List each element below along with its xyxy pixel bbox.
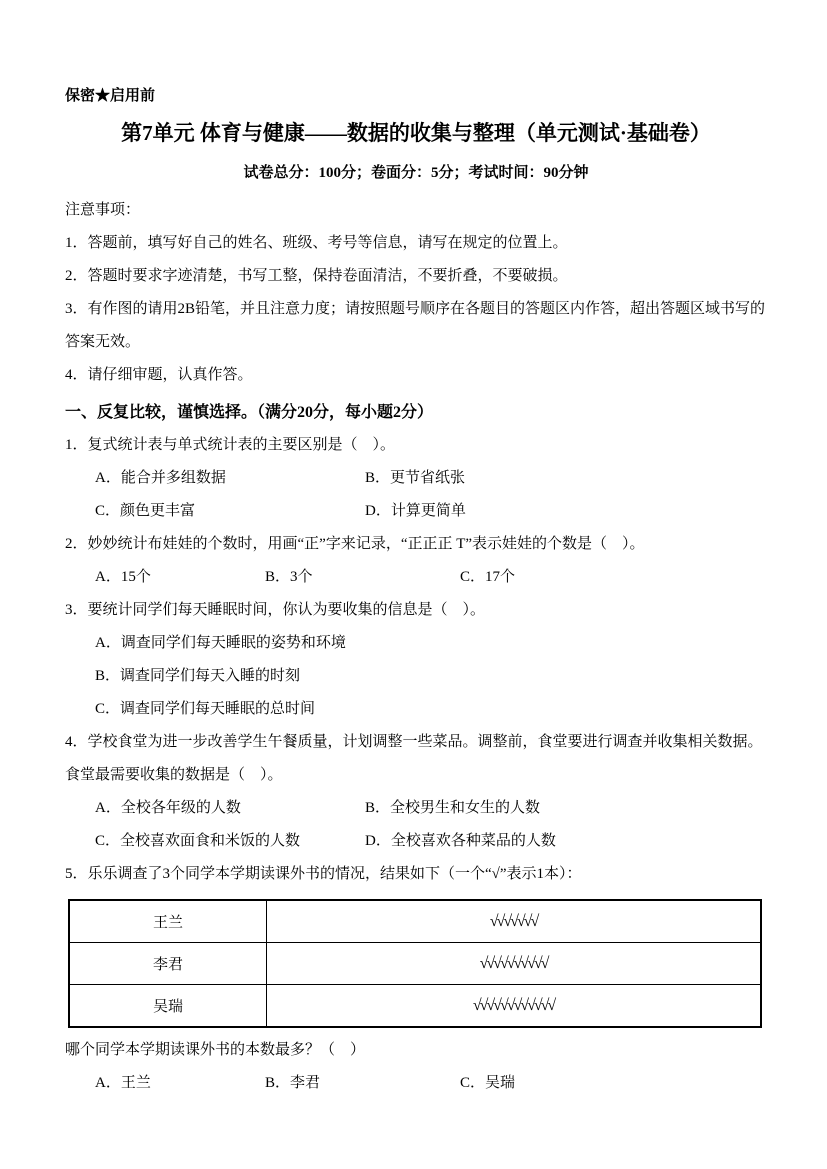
notice-item-4: 4．请仔细审题，认真作答。 bbox=[65, 359, 767, 392]
question-5-option-a: A．王兰 bbox=[95, 1067, 265, 1100]
notice-heading: 注意事项： bbox=[65, 194, 767, 227]
tally-marks-cell: √√√√√√√ bbox=[267, 900, 762, 943]
question-2-text: 2．妙妙统计布娃娃的个数时，用画“正”字来记录，“正正正 T”表示娃娃的个数是（… bbox=[65, 528, 767, 561]
section-1-heading: 一、反复比较，谨慎选择。（满分20分，每小题2分） bbox=[65, 396, 767, 429]
question-1-text: 1．复式统计表与单式统计表的主要区别是（ ）。 bbox=[65, 429, 767, 462]
question-3-option-a: A．调查同学们每天睡眠的姿势和环境 bbox=[95, 627, 767, 660]
question-5-options-row: A．王兰 B．李君 C．吴瑞 bbox=[65, 1067, 767, 1100]
student-name-cell: 王兰 bbox=[69, 900, 267, 943]
student-name-cell: 吴瑞 bbox=[69, 985, 267, 1028]
question-2-option-b: B．3个 bbox=[265, 561, 460, 594]
tally-marks-cell: √√√√√√√√√√√√ bbox=[267, 985, 762, 1028]
score-summary: 试卷总分：100分；卷面分：5分；考试时间：90分钟 bbox=[65, 162, 767, 184]
question-4-options-row-1: A．全校各年级的人数 B．全校男生和女生的人数 bbox=[65, 792, 767, 825]
question-5-option-c: C．吴瑞 bbox=[460, 1067, 515, 1100]
question-3-text: 3．要统计同学们每天睡眠时间，你认为要收集的信息是（ ）。 bbox=[65, 594, 767, 627]
question-1: 1．复式统计表与单式统计表的主要区别是（ ）。 A．能合并多组数据 B．更节省纸… bbox=[65, 429, 767, 528]
question-2-options-row: A．15个 B．3个 C．17个 bbox=[65, 561, 767, 594]
reading-survey-table: 王兰 √√√√√√√ 李君 √√√√√√√√√√ 吴瑞 √√√√√√√√√√√√ bbox=[68, 899, 762, 1028]
question-4-option-b: B．全校男生和女生的人数 bbox=[365, 792, 540, 825]
question-1-option-a: A．能合并多组数据 bbox=[95, 462, 365, 495]
question-2: 2．妙妙统计布娃娃的个数时，用画“正”字来记录，“正正正 T”表示娃娃的个数是（… bbox=[65, 528, 767, 594]
question-3-option-b: B．调查同学们每天入睡的时刻 bbox=[95, 660, 767, 693]
question-4-option-c: C．全校喜欢面食和米饭的人数 bbox=[95, 825, 365, 858]
table-row-wurui: 吴瑞 √√√√√√√√√√√√ bbox=[69, 985, 761, 1028]
question-1-options-row-2: C．颜色更丰富 D．计算更简单 bbox=[65, 495, 767, 528]
notice-section: 注意事项： 1．答题前，填写好自己的姓名、班级、考号等信息，请写在规定的位置上。… bbox=[65, 194, 767, 392]
question-5: 5．乐乐调查了3个同学本学期读课外书的情况，结果如下（一个“√”表示1本）： 王… bbox=[65, 858, 767, 1100]
classification-label: 保密★启用前 bbox=[65, 86, 767, 106]
question-4-option-a: A．全校各年级的人数 bbox=[95, 792, 365, 825]
question-3-options: A．调查同学们每天睡眠的姿势和环境 B．调查同学们每天入睡的时刻 C．调查同学们… bbox=[65, 627, 767, 726]
question-1-option-c: C．颜色更丰富 bbox=[95, 495, 365, 528]
table-row-lijun: 李君 √√√√√√√√√√ bbox=[69, 943, 761, 985]
notice-item-2: 2．答题时要求字迹清楚，书写工整，保持卷面清洁，不要折叠，不要破损。 bbox=[65, 260, 767, 293]
question-3: 3．要统计同学们每天睡眠时间，你认为要收集的信息是（ ）。 A．调查同学们每天睡… bbox=[65, 594, 767, 726]
notice-item-1: 1．答题前，填写好自己的姓名、班级、考号等信息，请写在规定的位置上。 bbox=[65, 227, 767, 260]
question-4-options-row-2: C．全校喜欢面食和米饭的人数 D．全校喜欢各种菜品的人数 bbox=[65, 825, 767, 858]
notice-item-3: 3．有作图的请用2B铅笔，并且注意力度；请按照题号顺序在各题目的答题区内作答，超… bbox=[65, 293, 767, 359]
question-1-option-b: B．更节省纸张 bbox=[365, 462, 465, 495]
tally-marks-cell: √√√√√√√√√√ bbox=[267, 943, 762, 985]
student-name-cell: 李君 bbox=[69, 943, 267, 985]
question-1-options-row-1: A．能合并多组数据 B．更节省纸张 bbox=[65, 462, 767, 495]
question-5-text: 5．乐乐调查了3个同学本学期读课外书的情况，结果如下（一个“√”表示1本）： bbox=[65, 858, 767, 891]
question-4: 4．学校食堂为进一步改善学生午餐质量，计划调整一些菜品。调整前，食堂要进行调查并… bbox=[65, 726, 767, 858]
exam-paper-page: 保密★启用前 第7单元 体育与健康——数据的收集与整理（单元测试·基础卷） 试卷… bbox=[0, 0, 827, 1169]
question-5-option-b: B．李君 bbox=[265, 1067, 460, 1100]
question-5-followup: 哪个同学本学期读课外书的本数最多？（ ） bbox=[65, 1034, 767, 1067]
question-2-option-a: A．15个 bbox=[95, 561, 265, 594]
question-4-option-d: D．全校喜欢各种菜品的人数 bbox=[365, 825, 556, 858]
question-3-option-c: C．调查同学们每天睡眠的总时间 bbox=[95, 693, 767, 726]
question-4-text: 4．学校食堂为进一步改善学生午餐质量，计划调整一些菜品。调整前，食堂要进行调查并… bbox=[65, 726, 767, 792]
question-2-option-c: C．17个 bbox=[460, 561, 515, 594]
page-title: 第7单元 体育与健康——数据的收集与整理（单元测试·基础卷） bbox=[65, 118, 767, 148]
table-row-wanglan: 王兰 √√√√√√√ bbox=[69, 900, 761, 943]
question-1-option-d: D．计算更简单 bbox=[365, 495, 466, 528]
